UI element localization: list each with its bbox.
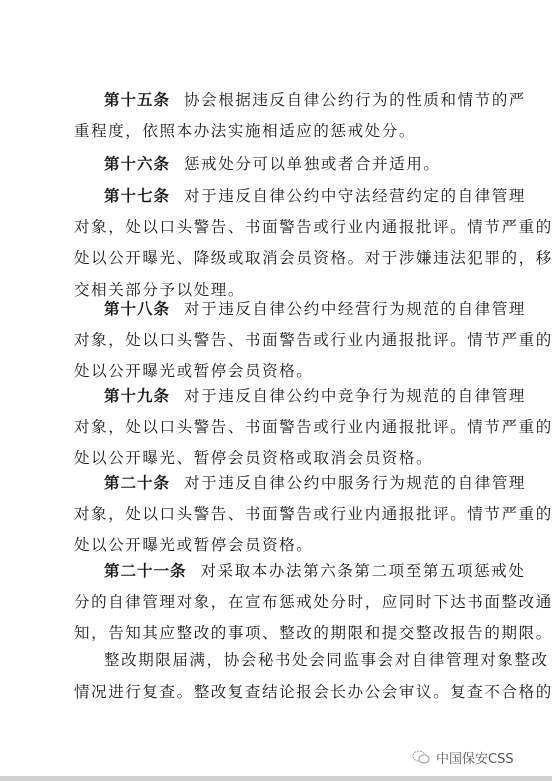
article-text: 惩戒处分可以单独或者合并适用。 (184, 155, 441, 173)
article-text: 对于违反自律公约中守法经营约定的自律管理 (184, 187, 526, 205)
article-text: 对于违反自律公约中竞争行为规范的自律管理 (184, 387, 526, 405)
watermark-text: 中国保安CSS (436, 748, 514, 767)
paragraph-text: 情况进行复查。整改复查结论报会长办公会审议。复查不合格的， (74, 677, 486, 709)
continuation-paragraph: 整改期限届满，协会秘书处会同监事会对自律管理对象整改 情况进行复查。整改复查结论… (74, 645, 486, 708)
article-text: 处以公开曝光、降级或取消会员资格。对于涉嫌违法犯罪的，移 (74, 243, 486, 275)
article-label: 第十八条 (104, 299, 170, 318)
article-label: 第十六条 (104, 154, 170, 173)
wechat-icon (412, 749, 430, 765)
article-text: 对采取本办法第六条第二项至第五项惩戒处 (201, 562, 526, 580)
article-21: 第二十一条对采取本办法第六条第二项至第五项惩戒处 分的自律管理对象，在宣布惩戒处… (74, 555, 486, 650)
article-text: 对于违反自律公约中服务行为规范的自律管理 (184, 474, 526, 492)
article-text: 对象，处以口头警告、书面警告或行业内通报批评。情节严重的， (74, 412, 486, 444)
article-text: 对象，处以口头警告、书面警告或行业内通报批评。情节严重的， (74, 325, 486, 357)
article-label: 第二十条 (104, 473, 170, 492)
article-text: 协会根据违反自律公约行为的性质和情节的严 (184, 91, 526, 109)
paragraph-text: 整改期限届满，协会秘书处会同监事会对自律管理对象整改 (74, 645, 486, 677)
page-bottom-edge (0, 776, 552, 781)
article-text: 重程度，依照本办法实施相适应的惩戒处分。 (74, 116, 486, 148)
watermark: 中国保安CSS (408, 745, 518, 769)
article-15: 第十五条协会根据违反自律公约行为的性质和情节的严 重程度，依照本办法实施相适应的… (74, 84, 486, 147)
article-text: 分的自律管理对象，在宣布惩戒处分时，应同时下达书面整改通 (74, 587, 486, 619)
article-17: 第十七条对于违反自律公约中守法经营约定的自律管理 对象，处以口头警告、书面警告或… (74, 180, 486, 307)
document-page: 第十五条协会根据违反自律公约行为的性质和情节的严 重程度，依照本办法实施相适应的… (0, 0, 552, 776)
article-text: 对象，处以口头警告、书面警告或行业内通报批评。情节严重的， (74, 212, 486, 244)
article-label: 第二十一条 (104, 561, 187, 580)
article-16: 第十六条惩戒处分可以单独或者合并适用。 (74, 148, 486, 180)
article-label: 第十七条 (104, 186, 170, 205)
article-18: 第十八条对于违反自律公约中经营行为规范的自律管理 对象，处以口头警告、书面警告或… (74, 293, 486, 388)
article-20: 第二十条对于违反自律公约中服务行为规范的自律管理 对象，处以口头警告、书面警告或… (74, 467, 486, 562)
article-text: 对于违反自律公约中经营行为规范的自律管理 (184, 300, 526, 318)
article-label: 第十九条 (104, 386, 170, 405)
article-19: 第十九条对于违反自律公约中竞争行为规范的自律管理 对象，处以口头警告、书面警告或… (74, 380, 486, 475)
article-label: 第十五条 (104, 90, 170, 109)
article-text: 对象，处以口头警告、书面警告或行业内通报批评。情节严重的， (74, 499, 486, 531)
